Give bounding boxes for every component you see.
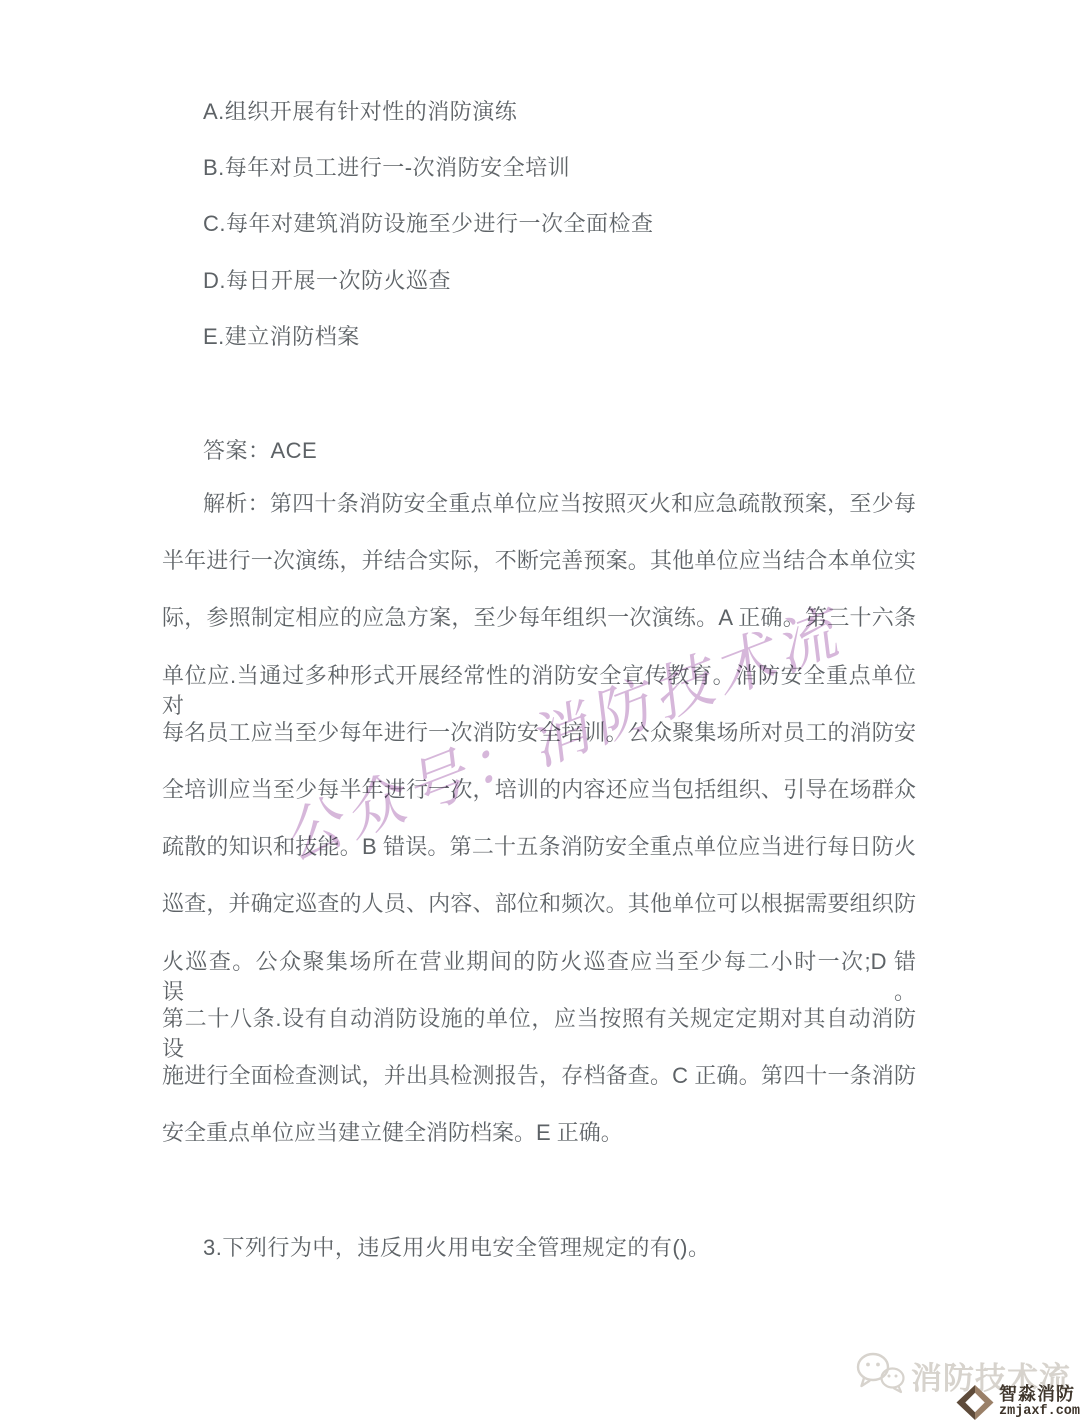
options-list: A.组织开展有针对性的消防演练 B.每年对员工进行一-次消防安全培训 C.每年对… — [203, 97, 943, 378]
explanation-line: 第二十八条.设有自动消防设施的单位，应当按照有关规定定期对其自动消防设 — [162, 1004, 916, 1061]
explanation-line: 半年进行一次演练，并结合实际，不断完善预案。其他单位应当结合本单位实 — [162, 546, 916, 603]
brand-name: 智淼消防 — [999, 1384, 1080, 1404]
option-b: B.每年对员工进行一-次消防安全培训 — [203, 153, 943, 209]
option-c: C.每年对建筑消防设施至少进行一次全面检查 — [203, 209, 943, 265]
explanation-line: 施进行全面检查测试，并出具检测报告，存档备查。C 正确。第四十一条消防 — [162, 1061, 916, 1118]
explanation-line: 火巡查。公众聚集场所在营业期间的防火巡查应当至少每二小时一次;D 错误。 — [162, 947, 916, 1004]
wechat-icon — [854, 1350, 906, 1401]
explanation-line: 每名员工应当至少每年进行一次消防安全培训。公众聚集场所对员工的消防安 — [162, 718, 916, 775]
option-e: E.建立消防档案 — [203, 322, 943, 378]
zhimiao-logo-icon — [955, 1384, 995, 1424]
brand-site: zmjaxf.com — [999, 1404, 1080, 1420]
answer-line: 答案：ACE — [203, 436, 317, 466]
next-question: 3.下列行为中，违反用火用电安全管理规定的有()。 — [203, 1233, 711, 1263]
explanation-line: 巡查，并确定巡查的人员、内容、部位和频次。其他单位可以根据需要组织防 — [162, 889, 916, 946]
explanation-line: 疏散的知识和技能。B 错误。第二十五条消防安全重点单位应当进行每日防火 — [162, 832, 916, 889]
option-d: D.每日开展一次防火巡查 — [203, 266, 943, 322]
brand-badge: 智淼消防 zmjaxf.com — [955, 1384, 1080, 1424]
explanation-line: 全培训应当至少每半年进行一次，培训的内容还应当包括组织、引导在场群众 — [162, 775, 916, 832]
explanation-line: 际，参照制定相应的应急方案，至少每年组织一次演练。A 正确。第三十六条 — [162, 603, 916, 660]
explanation-line: 解析：第四十条消防安全重点单位应当按照灭火和应急疏散预案，至少每 — [162, 489, 916, 546]
document-page: A.组织开展有针对性的消防演练 B.每年对员工进行一-次消防安全培训 C.每年对… — [0, 0, 1080, 1424]
option-a: A.组织开展有针对性的消防演练 — [203, 97, 943, 153]
explanation-line: 单位应.当通过多种形式开展经常性的消防安全宣传教育。消防安全重点单位对 — [162, 661, 916, 718]
explanation-paragraph: 解析：第四十条消防安全重点单位应当按照灭火和应急疏散预案，至少每 半年进行一次演… — [162, 489, 916, 1175]
explanation-line: 安全重点单位应当建立健全消防档案。E 正确。 — [162, 1118, 916, 1175]
